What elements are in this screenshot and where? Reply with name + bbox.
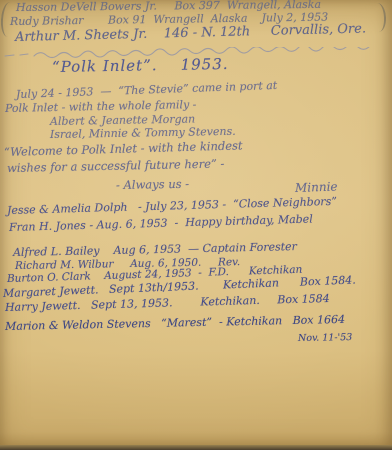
- pencil-bracket-right: [372, 3, 386, 33]
- handwritten-entry-bailey: Alfred L. Bailey Aug 6, 1953 — Captain F…: [13, 241, 297, 258]
- handwritten-line-names-2: Israel, Minnie & Tommy Stevens.: [50, 126, 236, 140]
- signature-minnie: Minnie: [295, 181, 338, 194]
- handwritten-line-log-2: Polk Inlet - with the whole family -: [5, 99, 197, 114]
- handwritten-line-signoff: - Always us -: [116, 179, 189, 192]
- handwritten-line-greeting-2: wishes for a successful future here” -: [7, 158, 225, 174]
- handwritten-entry-stevens: Marion & Weldon Stevens “Marest” - Ketch…: [5, 314, 345, 332]
- scanned-guestbook-page: Hasson DeVell Bowers Jr. Box 397 Wrangel…: [0, 0, 392, 450]
- handwritten-entry-jones: Fran H. Jones - Aug. 6, 1953 - Happy bir…: [9, 214, 313, 233]
- page-bottom-edge: [0, 445, 392, 450]
- handwritten-line-log-1: July 24 - 1953 — “The Stevie” came in po…: [16, 80, 278, 100]
- handwritten-line-greeting-1: “Welcome to Polk Inlet - with the kindes…: [4, 140, 243, 158]
- page-title: “Polk Inlet”. 1953.: [52, 57, 229, 75]
- handwritten-entry-stevens-date: Nov. 11-'53: [298, 333, 352, 343]
